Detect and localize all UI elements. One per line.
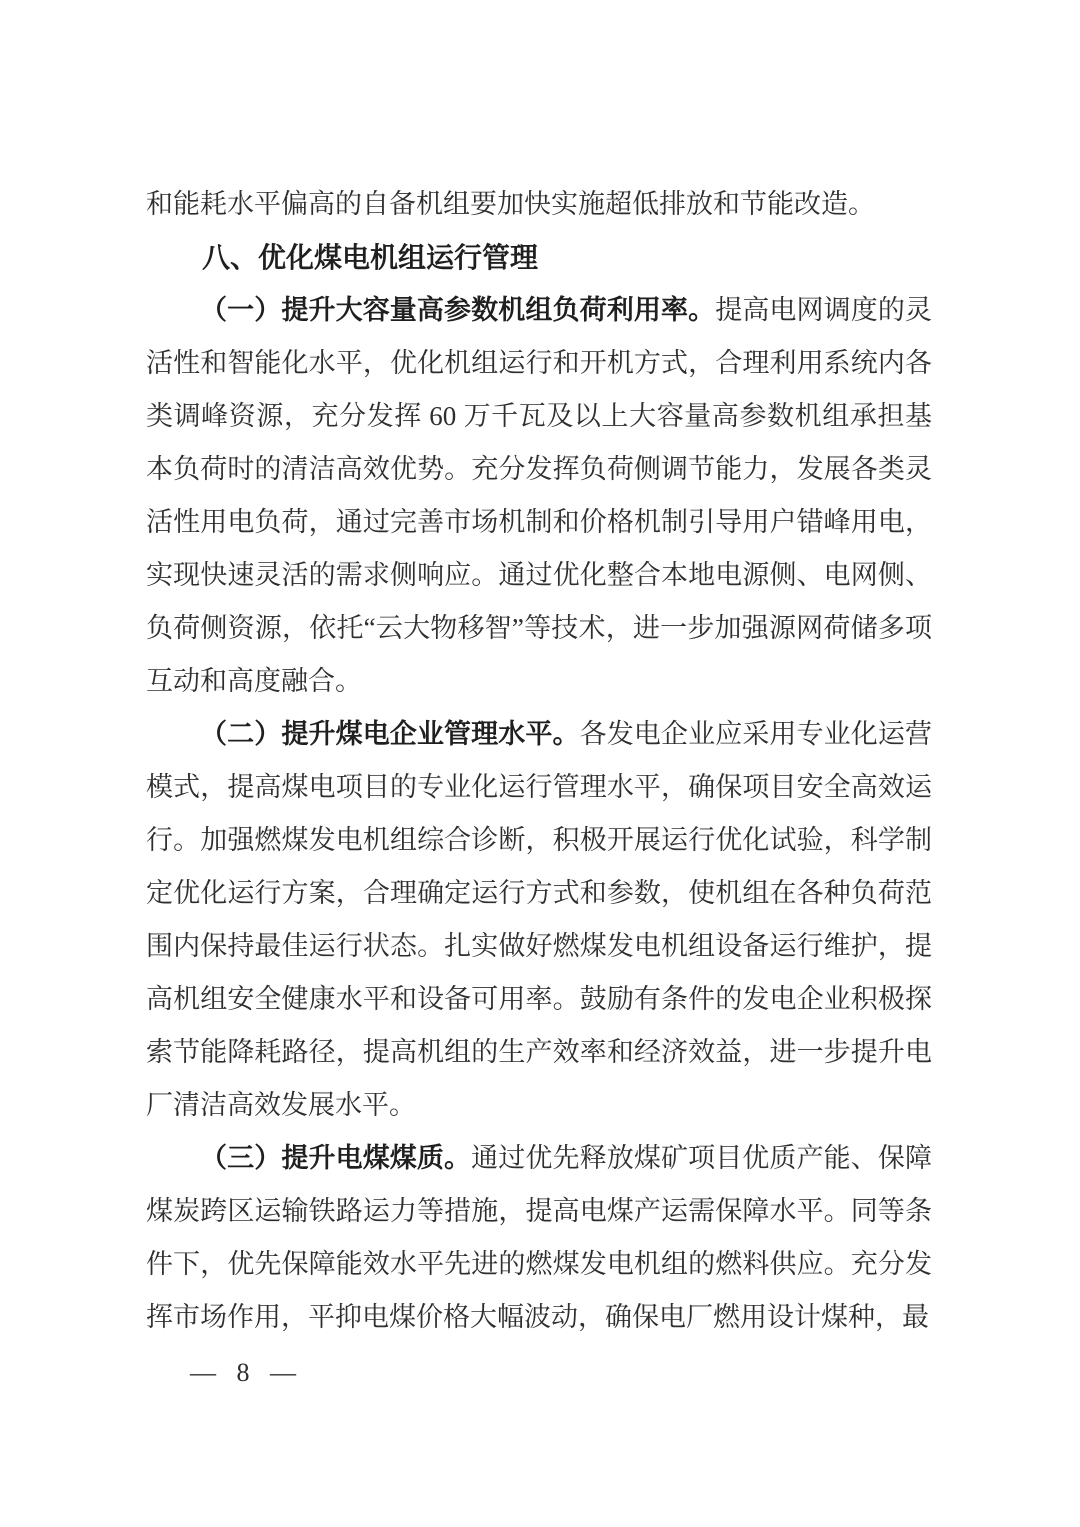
document-body: 和能耗水平偏高的自备机组要加快实施超低排放和节能改造。 八、优化煤电机组运行管理… [146,178,932,1344]
document-page: 和能耗水平偏高的自备机组要加快实施超低排放和节能改造。 八、优化煤电机组运行管理… [0,0,1080,1527]
paragraph-2-body: 各发电企业应采用专业化运营模式，提高煤电项目的专业化运行管理水平，确保项目安全高… [146,719,932,1120]
paragraph-1-body: 提高电网调度的灵活性和智能化水平，优化机组运行和开机方式，合理利用系统内各类调峰… [146,295,932,696]
paragraph-2-lead: （二）提升煤电企业管理水平。 [200,719,580,749]
paragraph-2: （二）提升煤电企业管理水平。各发电企业应采用专业化运营模式，提高煤电项目的专业化… [146,708,932,1132]
page-footer: — 8 — [190,1358,298,1388]
paragraph-1: （一）提升大容量高参数机组负荷利用率。提高电网调度的灵活性和智能化水平，优化机组… [146,284,932,708]
paragraph-1-lead: （一）提升大容量高参数机组负荷利用率。 [200,295,715,325]
paragraph-3: （三）提升电煤煤质。通过优先释放煤矿项目优质产能、保障煤炭跨区运输铁路运力等措施… [146,1132,932,1344]
page-number: — 8 — [190,1358,298,1387]
paragraph-continuation: 和能耗水平偏高的自备机组要加快实施超低排放和节能改造。 [146,178,932,231]
section-heading: 八、优化煤电机组运行管理 [146,231,932,284]
paragraph-3-lead: （三）提升电煤煤质。 [200,1143,471,1173]
